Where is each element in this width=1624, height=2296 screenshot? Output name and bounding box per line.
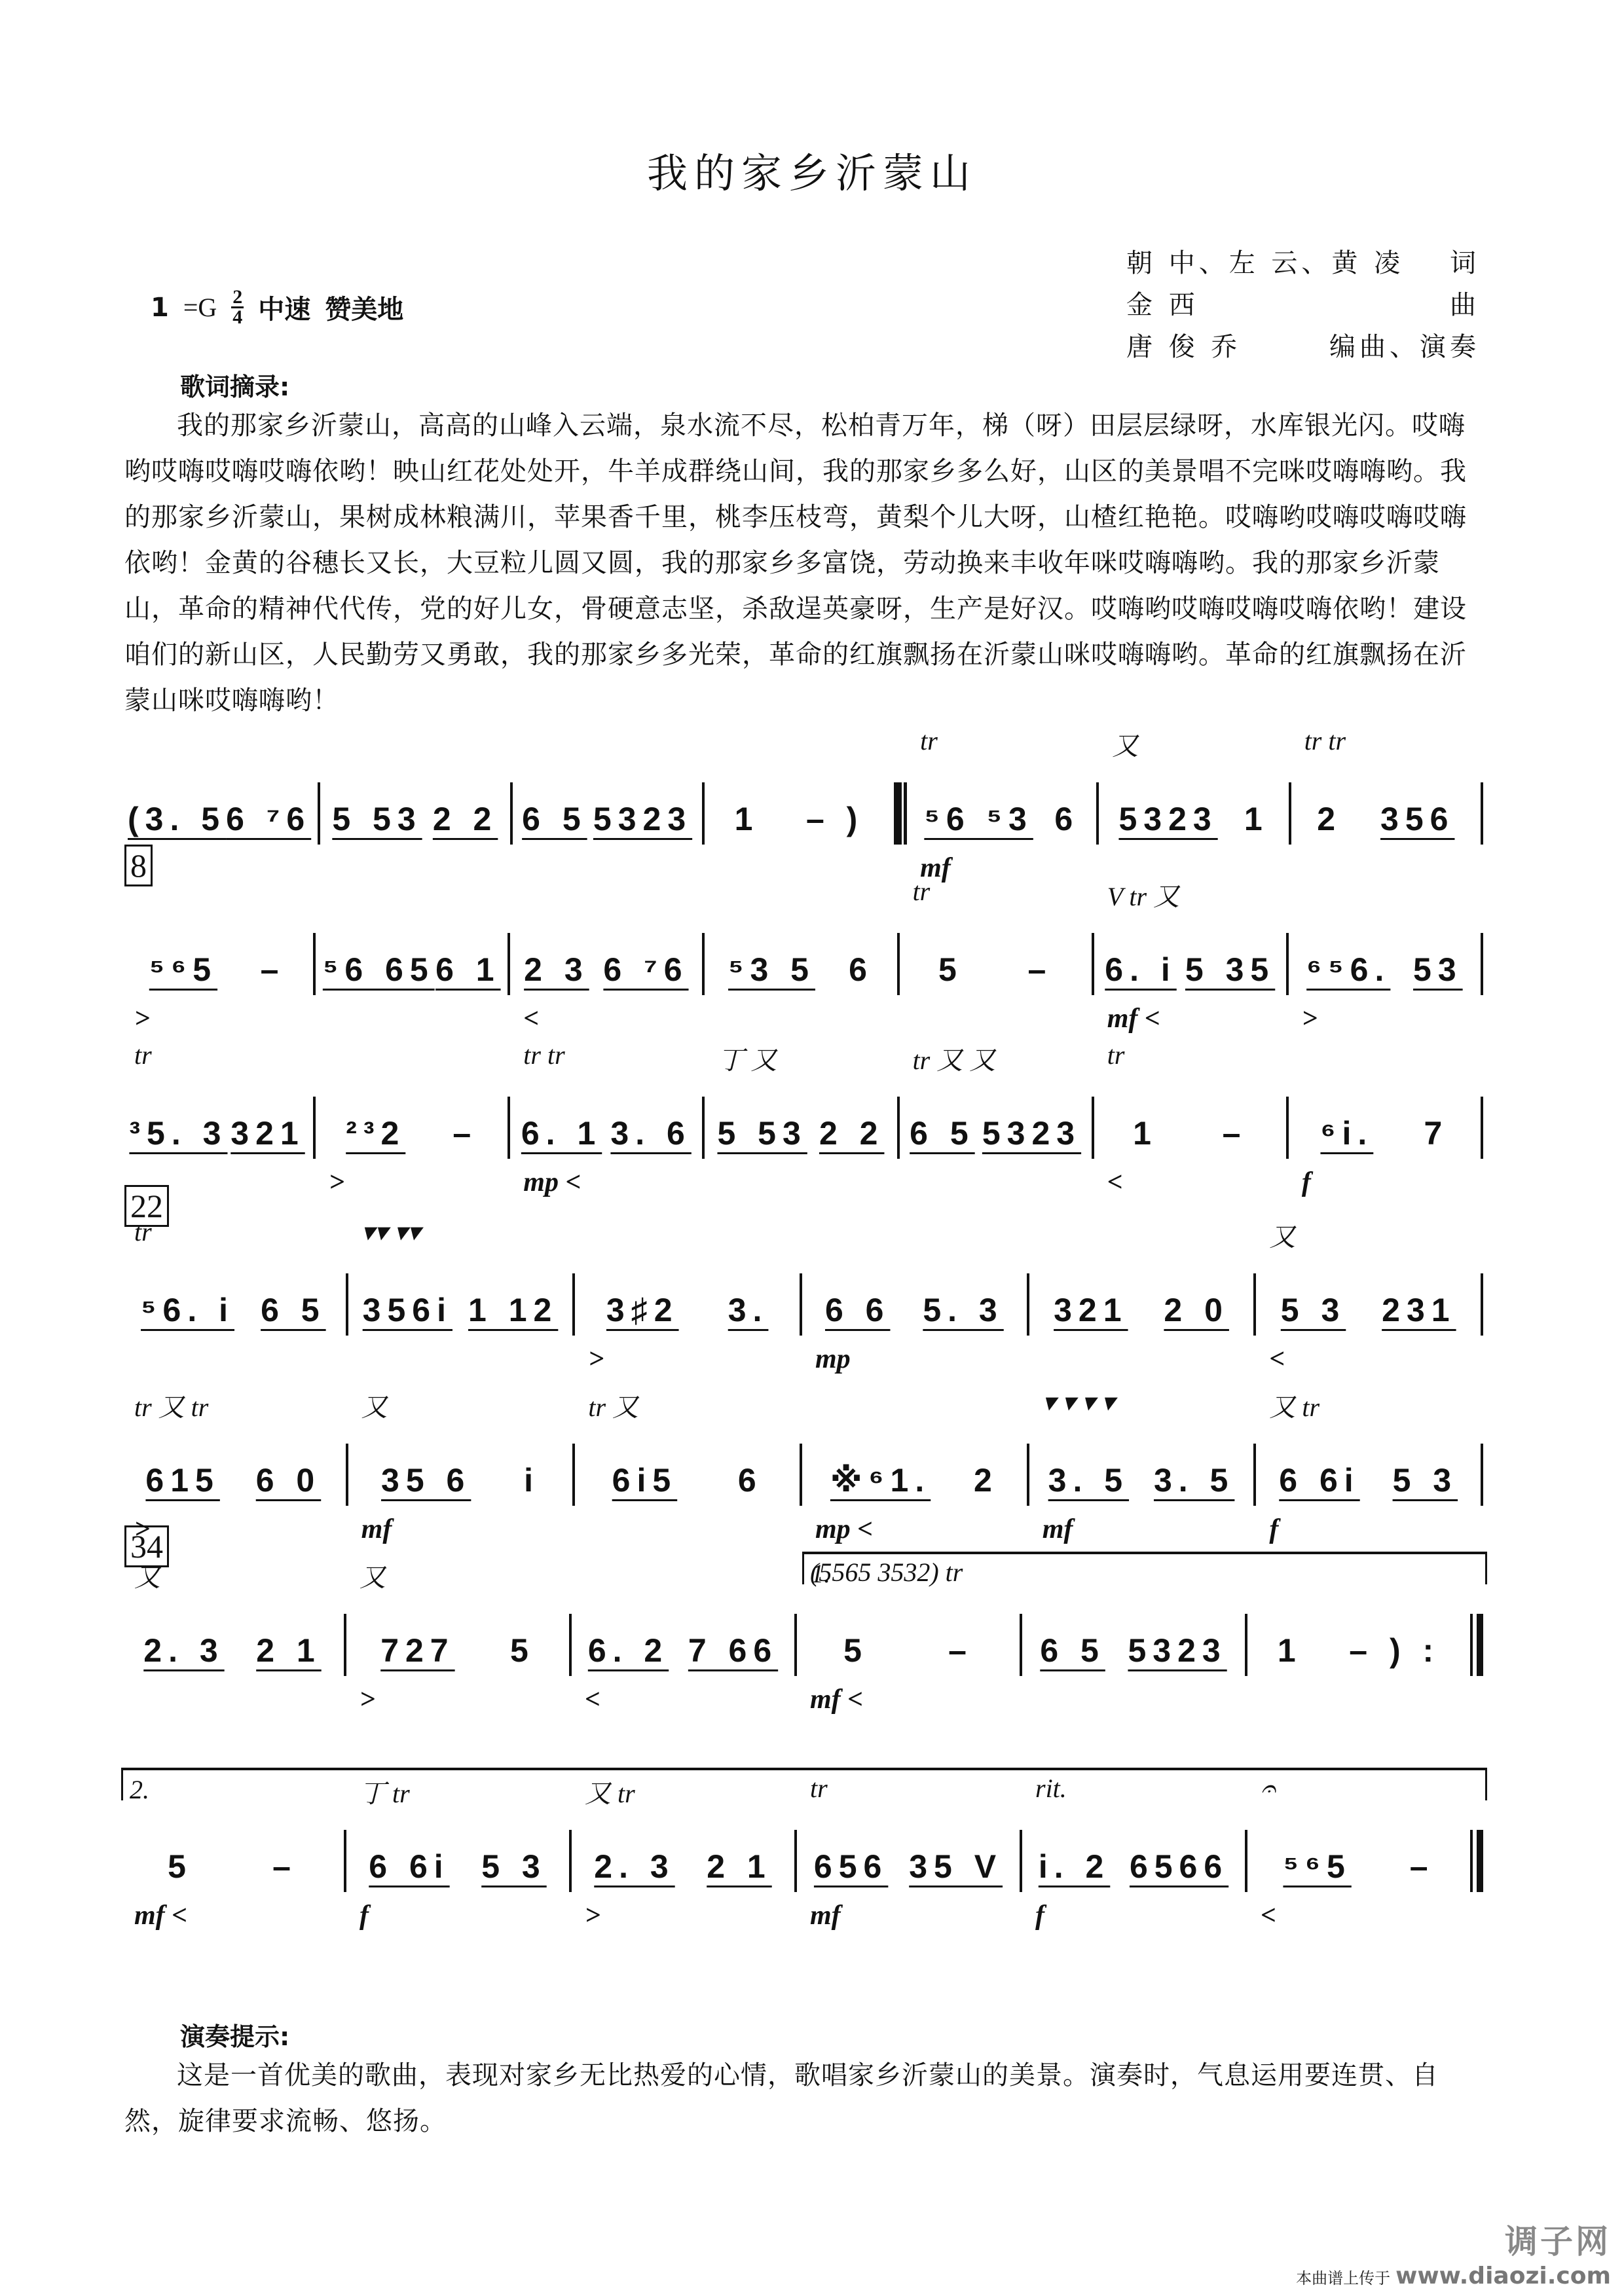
dynamic-marking: f [1302,1167,1311,1198]
ornament-marking: ▾ ▾ ▾ ▾ [1043,1387,1115,1417]
score-system: (3. 56 ⁷65 532 26 553231– )⁵6 ⁵36trmf532… [121,766,1483,858]
measure: 53231又 [1099,766,1288,858]
note-group: 6 ⁷6 [603,953,688,1008]
measure: 1– ) : [1247,1597,1470,1689]
score-system: 6156 0tr 又 tr>35 6i又mf6i56tr 又※⁶1.2mp <3… [121,1427,1483,1519]
barline [1481,1273,1483,1336]
note-group: 1 [1244,803,1269,858]
ornament-marking: tr [920,725,938,756]
measure: ⁵⁶5–𝄐< [1247,1813,1470,1905]
dynamic-marking: > [329,1167,344,1198]
ornament-marking: 丁 tr [360,1773,410,1810]
note-group: 7 [1424,1117,1449,1172]
note-group: 5 53 [332,803,422,858]
dynamic-marking: mp [815,1343,851,1375]
dynamic-marking: f [360,1900,369,1931]
measure: 65635 Vtrmf [797,1813,1020,1905]
measure: 5–tr [900,917,1092,1008]
dynamic-marking: mf < [1107,1003,1160,1034]
measure: i. 26566rit.f [1022,1813,1245,1905]
ornament-marking: rit. [1035,1773,1067,1804]
expression: 赞美地 [325,289,403,326]
ornament-marking: 又 [361,1387,388,1424]
note-group: ⁶⁵6. [1306,953,1390,1008]
note-group: – [1028,953,1053,1008]
measure: ⁵6. i6 5tr [121,1257,346,1349]
measure: 2 36 ⁷6< [510,917,702,1008]
note-group: 5 3 [481,1850,547,1905]
measure: 6 55323tr 又 又 [900,1080,1092,1172]
measure: ⁶i.7f [1289,1080,1481,1172]
note-group: ⁶i. [1320,1117,1373,1172]
rehearsal-mark: 8 [124,845,153,886]
note-group: i. 2 [1039,1850,1110,1905]
note-group: 727 [380,1634,454,1689]
barline [1481,933,1483,995]
note-group: 3♯2 [606,1294,679,1349]
volta-bracket: 2. [121,1768,1487,1800]
measure: 6156 0tr 又 tr> [121,1427,346,1519]
measure: (3. 56 ⁷6 [121,766,318,858]
note-group: 6 5 [1040,1634,1105,1689]
note-group: 6. i [1105,953,1176,1008]
ornament-marking: tr 又 [588,1387,638,1424]
note-group: ⁵⁶5 [149,953,217,1008]
note-group: 53 [1413,953,1463,1008]
note-group: 1 12 [468,1294,558,1349]
measure: ⁵⁶5–> [121,917,313,1008]
note-group: 6 5 [522,803,587,858]
measure: 6. 13. 6tr trmp < [510,1080,702,1172]
dynamic-marking: > [1302,1003,1318,1034]
dynamic-marking: mf [361,1514,392,1545]
ornament-marking: tr 又 又 [913,1040,996,1077]
note-group: 656 [814,1850,888,1905]
measure: ※⁶1.2mp < [802,1427,1027,1519]
ornament-marking: (5565 3532) tr [810,1557,963,1588]
dynamic-marking: < [523,1003,539,1034]
dynamic-marking: mf [1043,1514,1073,1545]
score-system: ⁵⁶5–>⁵6 656 12 36 ⁷6<⁵3 565–tr6. i5 35V … [121,917,1483,1008]
ornament-marking: tr [810,1773,828,1804]
note-group: 2 [974,1464,999,1519]
measure: 6 65. 3mp [802,1257,1027,1349]
ornament-marking: 又 [360,1557,386,1594]
note-group: 6 [849,953,874,1008]
note-group: 2. 3 [143,1634,224,1689]
credit-arranger: 唐 俊 乔编曲、演奏 [1126,326,1480,368]
note-group: 321 [1054,1294,1128,1349]
note-group: 7 66 [688,1634,778,1689]
note-group: 5323 [982,1117,1081,1172]
note-group: 3. [728,1294,769,1349]
ornament-marking: 又 [1269,1216,1295,1254]
note-group: 6 6i [369,1850,449,1905]
note-group: 6566 [1130,1850,1228,1905]
note-group: 2 0 [1164,1294,1229,1349]
note-group: 5 [938,953,963,1008]
note-group: 6. 1 [521,1117,602,1172]
note-group: 6 [1054,803,1079,858]
note-group: 6 [738,1464,763,1519]
note-group: 5. 3 [923,1294,1003,1349]
time-signature: 24 [231,288,244,327]
note-group: 5 35 [1185,953,1275,1008]
measure: 1–tr< [1094,1080,1286,1172]
note-group: 6 1 [435,953,501,1008]
measure: 6 6i5 3丁 trf [346,1813,569,1905]
note-group: 5323 [1128,1634,1227,1689]
credits: 朝 中、左 云、黄 凌词 金 西曲 唐 俊 乔编曲、演奏 [1126,242,1480,368]
dynamic-marking: < [1107,1167,1123,1198]
note-group: 356 [1380,803,1454,858]
note-group: 321 [231,1117,304,1172]
note-group: 6 6i [1279,1464,1359,1519]
note-group: – [1223,1117,1247,1172]
note-group: 35 6 [381,1464,471,1519]
ornament-marking: tr 又 tr [134,1387,208,1424]
note-group: 5 3 [1393,1464,1458,1519]
measure: 3. 53. 5▾ ▾ ▾ ▾mf [1029,1427,1254,1519]
measure: 5 532 2丁 又 [705,1080,896,1172]
note-group: 3. 6 [610,1117,691,1172]
final-barline [1470,1830,1483,1892]
note-group: i [524,1464,540,1519]
barline [1481,1097,1483,1159]
dynamic-marking: > [134,1003,150,1034]
note-group: ⁵6 65 [323,953,435,1008]
dynamic-marking: < [585,1684,600,1715]
note-group: 6 0 [256,1464,322,1519]
watermark-brand: 调子网 [1296,2215,1611,2263]
measure: 1– ) [705,766,894,858]
measure: 6. i5 35V tr 又mf < [1094,917,1286,1008]
lyrics-text: 我的那家乡沂蒙山，高高的山峰入云端，泉水流不尽，松柏青万年，梯（呀）田层层绿呀，… [124,403,1473,723]
note-group: 5 [510,1634,535,1689]
ornament-marking: 又 tr [1269,1387,1319,1424]
dynamic-marking: mf < [810,1684,863,1715]
measure: 6 55323 [1022,1597,1245,1689]
dynamic-marking: > [588,1343,604,1375]
measure: 356i1 12▾▾ ▾▾ [348,1257,573,1349]
measure: 7275又> [346,1597,569,1689]
measure: 6 6i5 3又 trf [1256,1427,1481,1519]
measure: ²³2–> [316,1080,507,1172]
ornament-marking: 又 tr [585,1773,635,1810]
note-group: 2 1 [707,1850,772,1905]
note-group: 1 [1133,1117,1158,1172]
watermark-line: 本曲谱上传于 [1296,2269,1390,2287]
barline [1481,1444,1483,1506]
tonic: 1 [151,293,169,323]
measure: 6 55323 [513,766,702,858]
note-group: 615 [145,1464,219,1519]
dynamic-marking: mp < [523,1167,581,1198]
dynamic-marking: mf [810,1900,841,1931]
note-group: – [261,953,286,1008]
note-group: 6 5 [910,1117,975,1172]
ornament-marking: tr tr [523,1040,564,1070]
note-group: 356i [363,1294,452,1349]
dynamic-marking: > [585,1900,600,1931]
note-group: 6. 2 [588,1634,669,1689]
note-group: ⁵3 5 [728,953,815,1008]
note-group: 5323 [593,803,692,858]
tempo: 中速 [258,289,310,326]
tips-heading: 演奏提示: [180,2016,289,2052]
ornament-marking: tr [134,1216,152,1247]
watermark: 调子网 本曲谱上传于www.diaozi.com [1296,2215,1611,2289]
ornament-marking: 𝄐 [1261,1773,1275,1804]
note-group: ²³2 [346,1117,405,1172]
note-group: 2 1 [256,1634,322,1689]
ornament-marking: tr tr [1304,725,1346,756]
measure: 6i56tr 又 [575,1427,800,1519]
watermark-url[interactable]: www.diaozi.com [1395,2263,1611,2289]
note-group: – [272,1850,297,1905]
note-group: 3. 5 [1154,1464,1234,1519]
tips-text: 这是一首优美的歌曲，表现对家乡无比热爱的心情，歌唱家乡沂蒙山的美景。演奏时，气息… [124,2052,1473,2144]
measure: 5 532 2 [320,766,509,858]
double-barline [894,782,907,845]
dynamic-marking: mf < [134,1900,187,1931]
measure: 2356tr tr [1291,766,1481,858]
note-group: – [1410,1850,1435,1905]
measure: 2. 32 1又 [121,1597,344,1689]
note-group: 35 V [909,1850,1003,1905]
note-group: 2 3 [524,953,589,1008]
note-group: ⁵6. i [141,1294,234,1349]
note-group: 2 2 [433,803,498,858]
note-group: 6i5 [612,1464,678,1519]
measure: 3♯23.> [575,1257,800,1349]
dynamic-marking: f [1035,1900,1044,1931]
ornament-marking: V tr 又 [1107,876,1179,913]
note-group: 2. 3 [594,1850,674,1905]
note-group: 2 [1317,803,1342,858]
note-group: 5 [168,1850,193,1905]
measure: 5–(5565 3532) trmf < [797,1597,1020,1689]
measure: 5–mf < [121,1813,344,1905]
dynamic-marking: > [360,1684,375,1715]
note-group: – [452,1117,477,1172]
note-group: 5 3 [1281,1294,1346,1349]
dynamic-marking: < [1269,1343,1285,1375]
note-group: – [948,1634,973,1689]
note-group: 6 6 [825,1294,891,1349]
measure: ⁵6 ⁵36trmf [907,766,1096,858]
score-system: ³5. 3321tr²³2–>6. 13. 6tr trmp <5 532 2丁… [121,1080,1483,1172]
note-group: 5 [843,1634,868,1689]
final-barline [1470,1614,1483,1676]
score-system: ⁵6. i6 5tr356i1 12▾▾ ▾▾3♯23.>6 65. 3mp32… [121,1257,1483,1349]
measure: ³5. 3321tr [121,1080,313,1172]
note-group: ※⁶1. [830,1464,931,1519]
lyrics-heading: 歌词摘录: [180,367,289,403]
note-group: – ) : [1349,1634,1440,1689]
dynamic-marking: f [1269,1514,1278,1545]
note-group: – ) [806,803,864,858]
key-signature: 1 =G 24 中速 赞美地 [151,288,403,327]
note-group: ³5. 3 [129,1117,227,1172]
measure: 35 6i又mf [348,1427,573,1519]
barline [1481,782,1483,845]
note-group: ⁵⁶5 [1283,1850,1351,1905]
credit-composer: 金 西曲 [1126,284,1480,326]
key-note: =G [183,292,217,323]
note-group: 3. 5 [1048,1464,1129,1519]
measure: 2. 32 1又 tr> [572,1813,794,1905]
note-group: 231 [1382,1294,1456,1349]
ornament-marking: tr [913,876,931,907]
note-group: ⁵6 ⁵3 [924,803,1033,858]
credit-lyrics: 朝 中、左 云、黄 凌词 [1126,242,1480,284]
score-system: 5–mf <6 6i5 3丁 trf2. 32 1又 tr>65635 Vtrm… [121,1813,1483,1905]
note-group: 5 53 [717,1117,807,1172]
score-system: 2. 32 1又7275又>6. 27 66<5–(5565 3532) trm… [121,1597,1483,1689]
ornament-marking: tr [134,1040,152,1070]
note-group: 6 ⁷6 [226,803,311,858]
measure: ⁵3 56 [705,917,896,1008]
note-group: 1 [1278,1634,1302,1689]
ornament-marking: ▾▾ ▾▾ [361,1216,420,1247]
note-group: 1 [735,803,760,858]
dynamic-marking: < [1261,1900,1276,1931]
measure: 3212 0 [1029,1257,1254,1349]
note-group: 5323 [1118,803,1217,858]
ornament-marking: 丁 又 [718,1040,777,1077]
measure: ⁶⁵6.53> [1289,917,1481,1008]
page-title: 我的家乡沂蒙山 [0,141,1624,199]
note-group: 2 2 [819,1117,885,1172]
ornament-marking: 又 [1112,725,1138,763]
note-group: 6 5 [261,1294,326,1349]
ornament-marking: tr [1107,1040,1125,1070]
dynamic-marking: mp < [815,1514,873,1545]
measure: ⁵6 656 1 [316,917,507,1008]
ornament-marking: 又 [134,1557,160,1594]
measure: 5 3231又< [1256,1257,1481,1349]
measure: 6. 27 66< [572,1597,794,1689]
